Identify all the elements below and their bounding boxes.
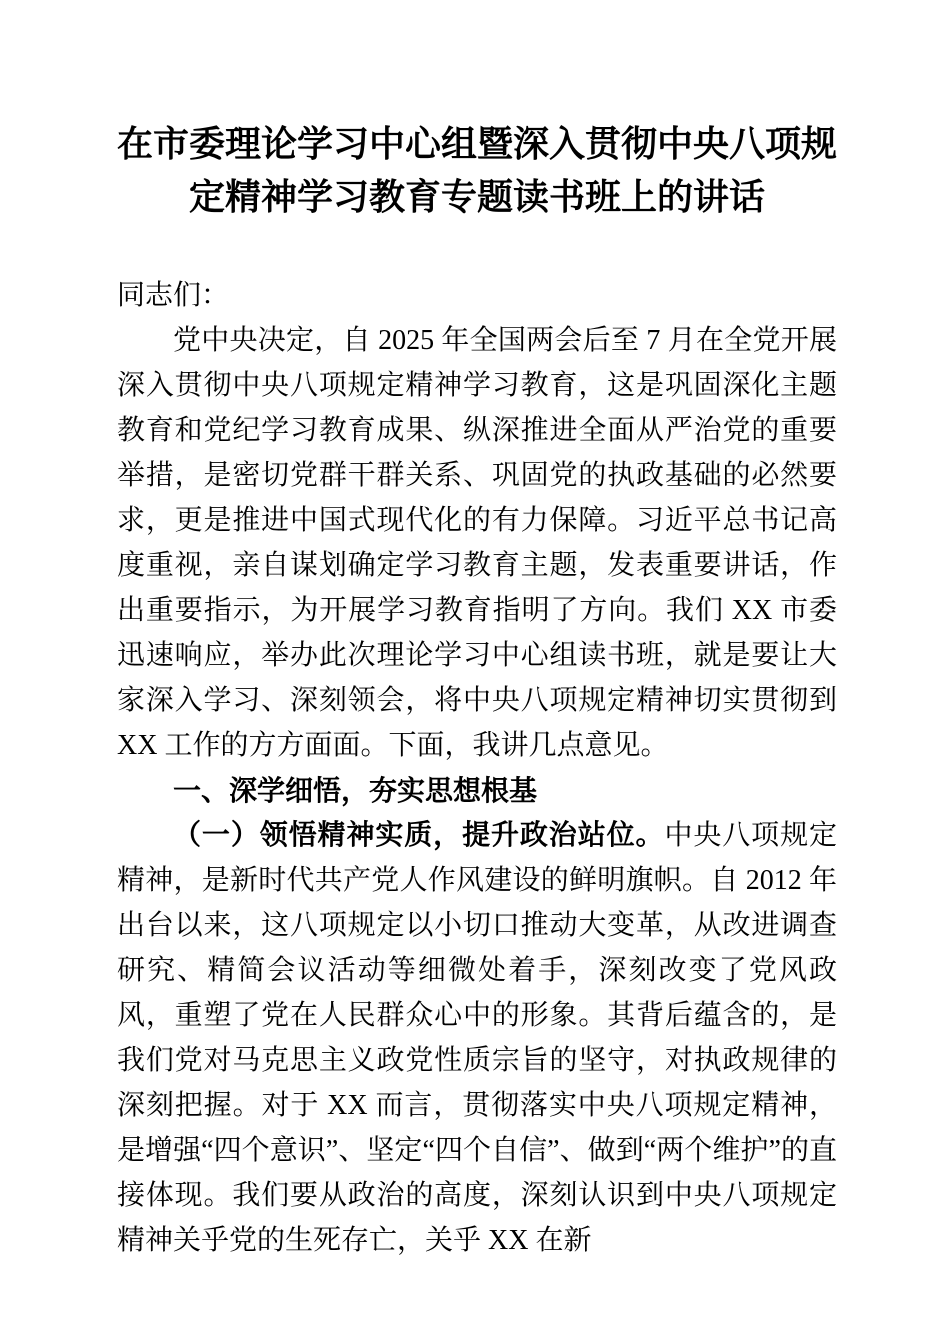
subsection-lead: （一）领悟精神实质，提升政治站位。 [173,820,664,851]
document-content: 在市委理论学习中心组暨深入贯彻中央八项规定精神学习教育专题读书班上的讲话 同志们… [0,0,950,1263]
salutation: 同志们： [117,273,837,318]
document-title: 在市委理论学习中心组暨深入贯彻中央八项规定精神学习教育专题读书班上的讲话 [117,118,837,224]
paragraph-intro: 党中央决定，自 2025 年全国两会后至 7 月在全党开展深入贯彻中央八项规定精… [117,318,837,768]
paragraph-subpoint-1: （一）领悟精神实质，提升政治站位。中央八项规定精神，是新时代共产党人作风建设的鲜… [117,813,837,1263]
subsection-body: 中央八项规定精神，是新时代共产党人作风建设的鲜明旗帜。自 2012 年出台以来，… [117,820,837,1256]
section-heading-1: 一、深学细悟，夯实思想根基 [117,768,837,813]
document-page: 在市委理论学习中心组暨深入贯彻中央八项规定精神学习教育专题读书班上的讲话 同志们… [0,0,950,1344]
